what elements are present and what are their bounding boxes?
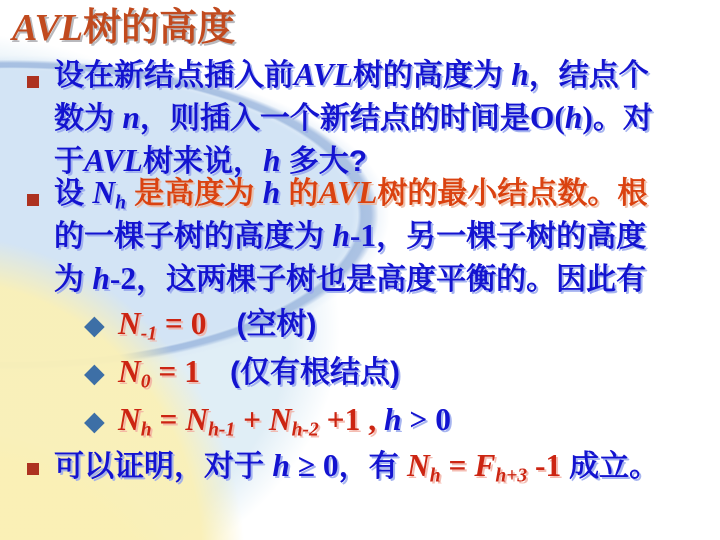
slide: AVL树的高度 设在新结点插入前AVL树的高度为 h，结点个 数为 n，则插入一… [0, 0, 720, 540]
text: 于 [54, 145, 84, 178]
text: ，有 [339, 450, 407, 483]
text: h [263, 143, 281, 178]
text: 树来说， [143, 145, 263, 178]
note: (空树) [236, 308, 316, 341]
text: 为 [54, 263, 92, 296]
title-latin: AVL [12, 7, 83, 49]
text: 数为 [54, 102, 122, 135]
formula: + [235, 402, 269, 437]
text: h [263, 175, 281, 210]
text: ) [582, 100, 593, 135]
text: O( [530, 100, 565, 135]
square-bullet-icon [27, 463, 39, 475]
text: 可以证明，对于 [54, 450, 272, 483]
text: AVL [319, 175, 378, 210]
text: 多大? [280, 145, 367, 178]
text: ≥ 0 [290, 448, 339, 483]
formula: N-1 [118, 306, 157, 341]
sub-bullet2: N0 = 1(仅有根结点) [118, 354, 400, 391]
text: 的 [280, 177, 318, 210]
text: 成立。 [569, 450, 659, 483]
formula: Fh+3 [474, 448, 527, 483]
formula: = [441, 448, 475, 483]
formula: h [376, 402, 401, 437]
bullet1-line1: 设在新结点插入前AVL树的高度为 h，结点个 [54, 57, 649, 94]
diamond-bullet-icon: ◆ [84, 312, 105, 339]
text: ，则插入一个新结点的时间是 [140, 102, 530, 135]
text: h [511, 57, 529, 92]
text: -1 [350, 218, 376, 253]
square-bullet-icon [27, 76, 39, 88]
text: 的一棵子树的高度为 [54, 220, 332, 253]
text: AVL [84, 143, 143, 178]
text: h [565, 100, 583, 135]
bullet2-line3: 为 h-2，这两棵子树也是高度平衡的。因此有 [54, 261, 646, 298]
text: 。对 [593, 102, 653, 135]
diamond-bullet-icon: ◆ [84, 408, 105, 435]
text: 树的最小结点数。根 [377, 177, 647, 210]
note: (仅有根结点) [230, 356, 400, 389]
formula: Nh-1 [185, 402, 235, 437]
text: 设在新结点插入前 [54, 59, 294, 92]
text: 树的高度为 [353, 59, 511, 92]
formula: Nh-2 [269, 402, 319, 437]
formula: > 0 [402, 402, 451, 437]
formula: +1 , [319, 402, 376, 437]
bullet1-line2: 数为 n，则插入一个新结点的时间是O(h)。对 [54, 100, 653, 137]
formula: = [152, 402, 186, 437]
formula: Nh [407, 448, 441, 483]
sub-bullet1: N-1 = 0(空树) [118, 306, 316, 343]
text: 设 [54, 177, 92, 210]
sub-bullet3: Nh = Nh-1 + Nh-2 +1 , h > 0 [118, 402, 451, 439]
formula: = 0 [157, 306, 206, 341]
bullet2-line1: 设 Nh 是高度为 h 的AVL树的最小结点数。根 [54, 175, 647, 212]
diamond-bullet-icon: ◆ [84, 360, 105, 387]
text: AVL [294, 57, 353, 92]
formula: N0 [118, 354, 151, 389]
text: h [92, 261, 110, 296]
text: n [122, 100, 140, 135]
formula: -1 [527, 448, 569, 483]
formula: = 1 [151, 354, 200, 389]
formula: Nh [118, 402, 152, 437]
page-title: AVL树的高度 [12, 6, 235, 50]
title-cn: 树的高度 [83, 7, 235, 49]
text: h [332, 218, 350, 253]
text: -2 [110, 261, 136, 296]
text: 是高度为 [126, 177, 263, 210]
bullet2-line2: 的一棵子树的高度为 h-1，另一棵子树的高度 [54, 218, 646, 255]
text: Nh [92, 175, 126, 210]
square-bullet-icon [27, 194, 39, 206]
text: ，另一棵子树的高度 [376, 220, 646, 253]
bullet3-line: 可以证明，对于 h ≥ 0，有 Nh = Fh+3 -1 成立。 [54, 448, 659, 485]
text: ，结点个 [529, 59, 649, 92]
text: ，这两棵子树也是高度平衡的。因此有 [136, 263, 646, 296]
text: h [272, 448, 290, 483]
